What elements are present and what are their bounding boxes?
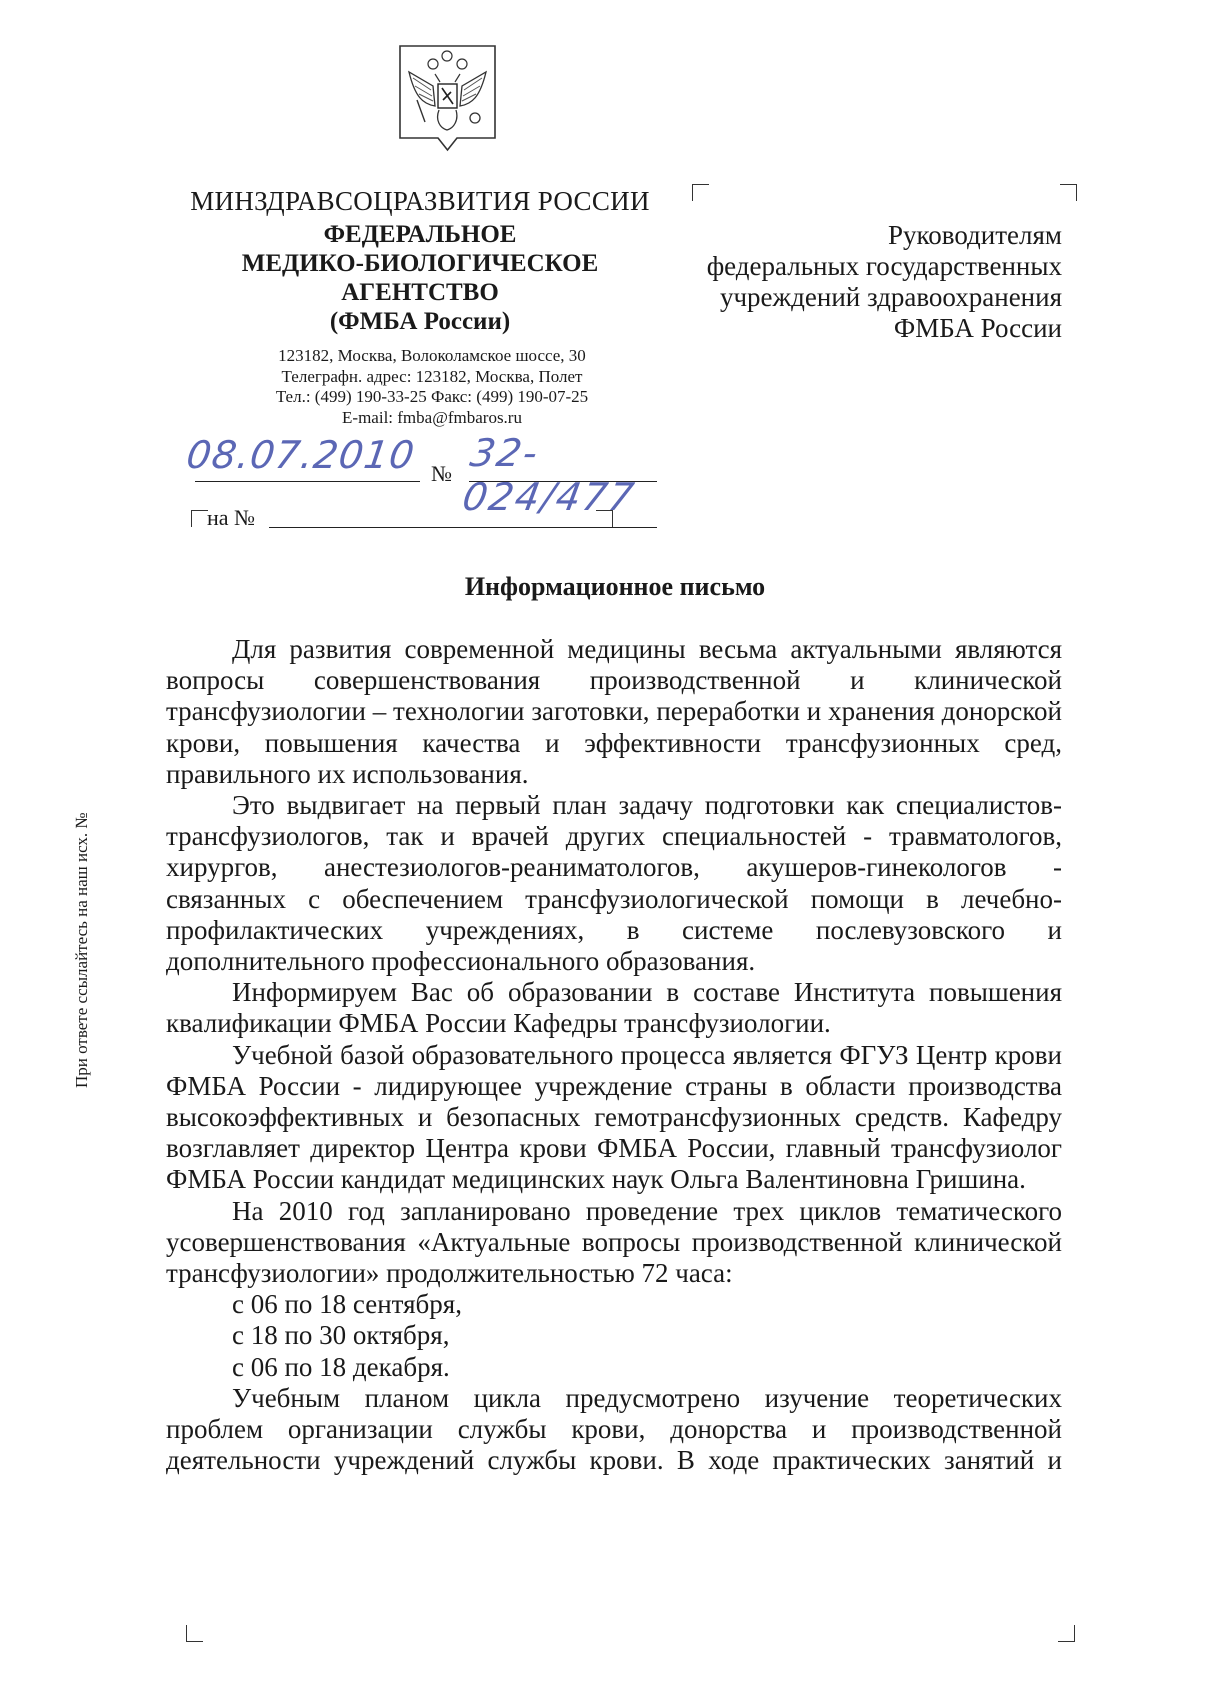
recipient-block: Руководителям федеральных государственны…	[700, 220, 1062, 344]
paragraph: Для развития современной медицины весьма…	[166, 634, 1062, 790]
recipient-line: Руководителям	[700, 220, 1062, 251]
address-corner-top-right	[1060, 184, 1077, 201]
recipient-line: федеральных государственных	[700, 251, 1062, 282]
email: E-mail: fmba@fmbaros.ru	[209, 408, 655, 429]
agency-line: МЕДИКО-БИОЛОГИЧЕСКОЕ	[185, 249, 655, 278]
russian-coat-of-arms-icon	[395, 42, 500, 162]
sender-address: 123182, Москва, Волоколамское шоссе, 30 …	[209, 346, 655, 428]
registration-block: 08.07.2010 № 32-024/477 на №	[187, 445, 657, 485]
address-corner-top-left	[692, 184, 709, 201]
corner-mark-bottom-right	[1058, 1625, 1075, 1642]
date-underline	[195, 481, 420, 482]
paragraph: Это выдвигает на первый план задачу подг…	[166, 790, 1062, 977]
coat-of-arms-emblem	[395, 42, 500, 162]
postal-address: 123182, Москва, Волоколамское шоссе, 30	[209, 346, 655, 367]
agency-line: АГЕНТСТВО	[185, 278, 655, 307]
reference-label: на №	[207, 505, 255, 531]
telegraph-address: Телеграфн. адрес: 123182, Москва, Полет	[209, 367, 655, 388]
handwritten-number: 32-024/477	[459, 431, 665, 519]
schedule-item: с 06 по 18 декабря.	[166, 1352, 1062, 1383]
sender-block: МИНЗДРАВСОЦРАЗВИТИЯ РОССИИ ФЕДЕРАЛЬНОЕ М…	[185, 186, 655, 428]
paragraph: Информируем Вас об образовании в составе…	[166, 977, 1062, 1039]
phone-fax: Тел.: (499) 190-33-25 Факс: (499) 190-07…	[209, 387, 655, 408]
document-body: Для развития современной медицины весьма…	[166, 634, 1062, 1476]
document-title: Информационное письмо	[0, 572, 1210, 602]
agency-abbreviation: (ФМБА России)	[185, 307, 655, 336]
paragraph: Учебной базой образовательного процесса …	[166, 1040, 1062, 1196]
agency-name: ФЕДЕРАЛЬНОЕ МЕДИКО-БИОЛОГИЧЕСКОЕ АГЕНТСТ…	[185, 220, 655, 336]
number-underline	[469, 481, 657, 482]
number-label: №	[431, 461, 452, 487]
corner-mark-bottom-left	[186, 1625, 203, 1642]
corner-mark-top-right	[596, 510, 613, 527]
agency-line: ФЕДЕРАЛЬНОЕ	[185, 220, 655, 249]
schedule-item: с 18 по 30 октября,	[166, 1320, 1062, 1351]
reply-reference-note: При ответе ссылайтесь на наш исх. №	[72, 758, 92, 1088]
recipient-line: ФМБА России	[700, 313, 1062, 344]
paragraph: На 2010 год запланировано проведение тре…	[166, 1196, 1062, 1290]
paragraph: Учебным планом цикла предусмотрено изуче…	[166, 1383, 1062, 1477]
schedule-item: с 06 по 18 сентября,	[166, 1289, 1062, 1320]
corner-mark-top-left	[191, 510, 208, 527]
ministry-name: МИНЗДРАВСОЦРАЗВИТИЯ РОССИИ	[185, 186, 655, 216]
reference-underline	[269, 527, 657, 528]
recipient-line: учреждений здравоохранения	[700, 282, 1062, 313]
handwritten-date: 08.07.2010	[184, 433, 418, 477]
